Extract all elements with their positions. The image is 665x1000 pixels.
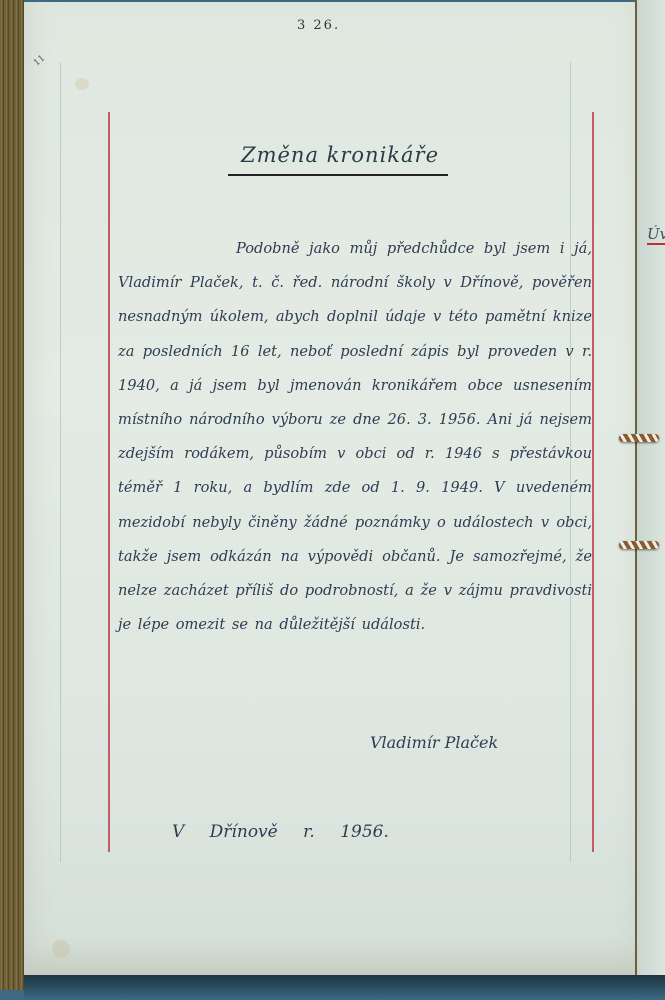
- title-underline: [228, 174, 448, 176]
- page-title: Změna kronikáře: [230, 143, 450, 167]
- margin-line-right-red: [592, 112, 594, 852]
- place-and-date: V Dřínově r. 1956.: [172, 822, 389, 842]
- book-page-edges: [0, 0, 24, 990]
- margin-line-left-red: [108, 112, 110, 852]
- book-gutter: [635, 0, 637, 985]
- page-number: 3 26.: [297, 18, 340, 33]
- body-paragraph: Podobně jako můj předchůdce byl jsem i j…: [118, 232, 592, 642]
- paper-stain: [52, 940, 70, 958]
- binding-thread: [619, 541, 659, 549]
- binding-thread: [619, 434, 659, 442]
- background-surface: [24, 975, 665, 1000]
- facing-page: [637, 0, 665, 990]
- margin-line-left-faint: [60, 62, 61, 862]
- facing-page-heading-fragment: Úv: [647, 225, 665, 245]
- signature: Vladimír Plaček: [370, 733, 498, 752]
- paper-stain: [75, 78, 89, 90]
